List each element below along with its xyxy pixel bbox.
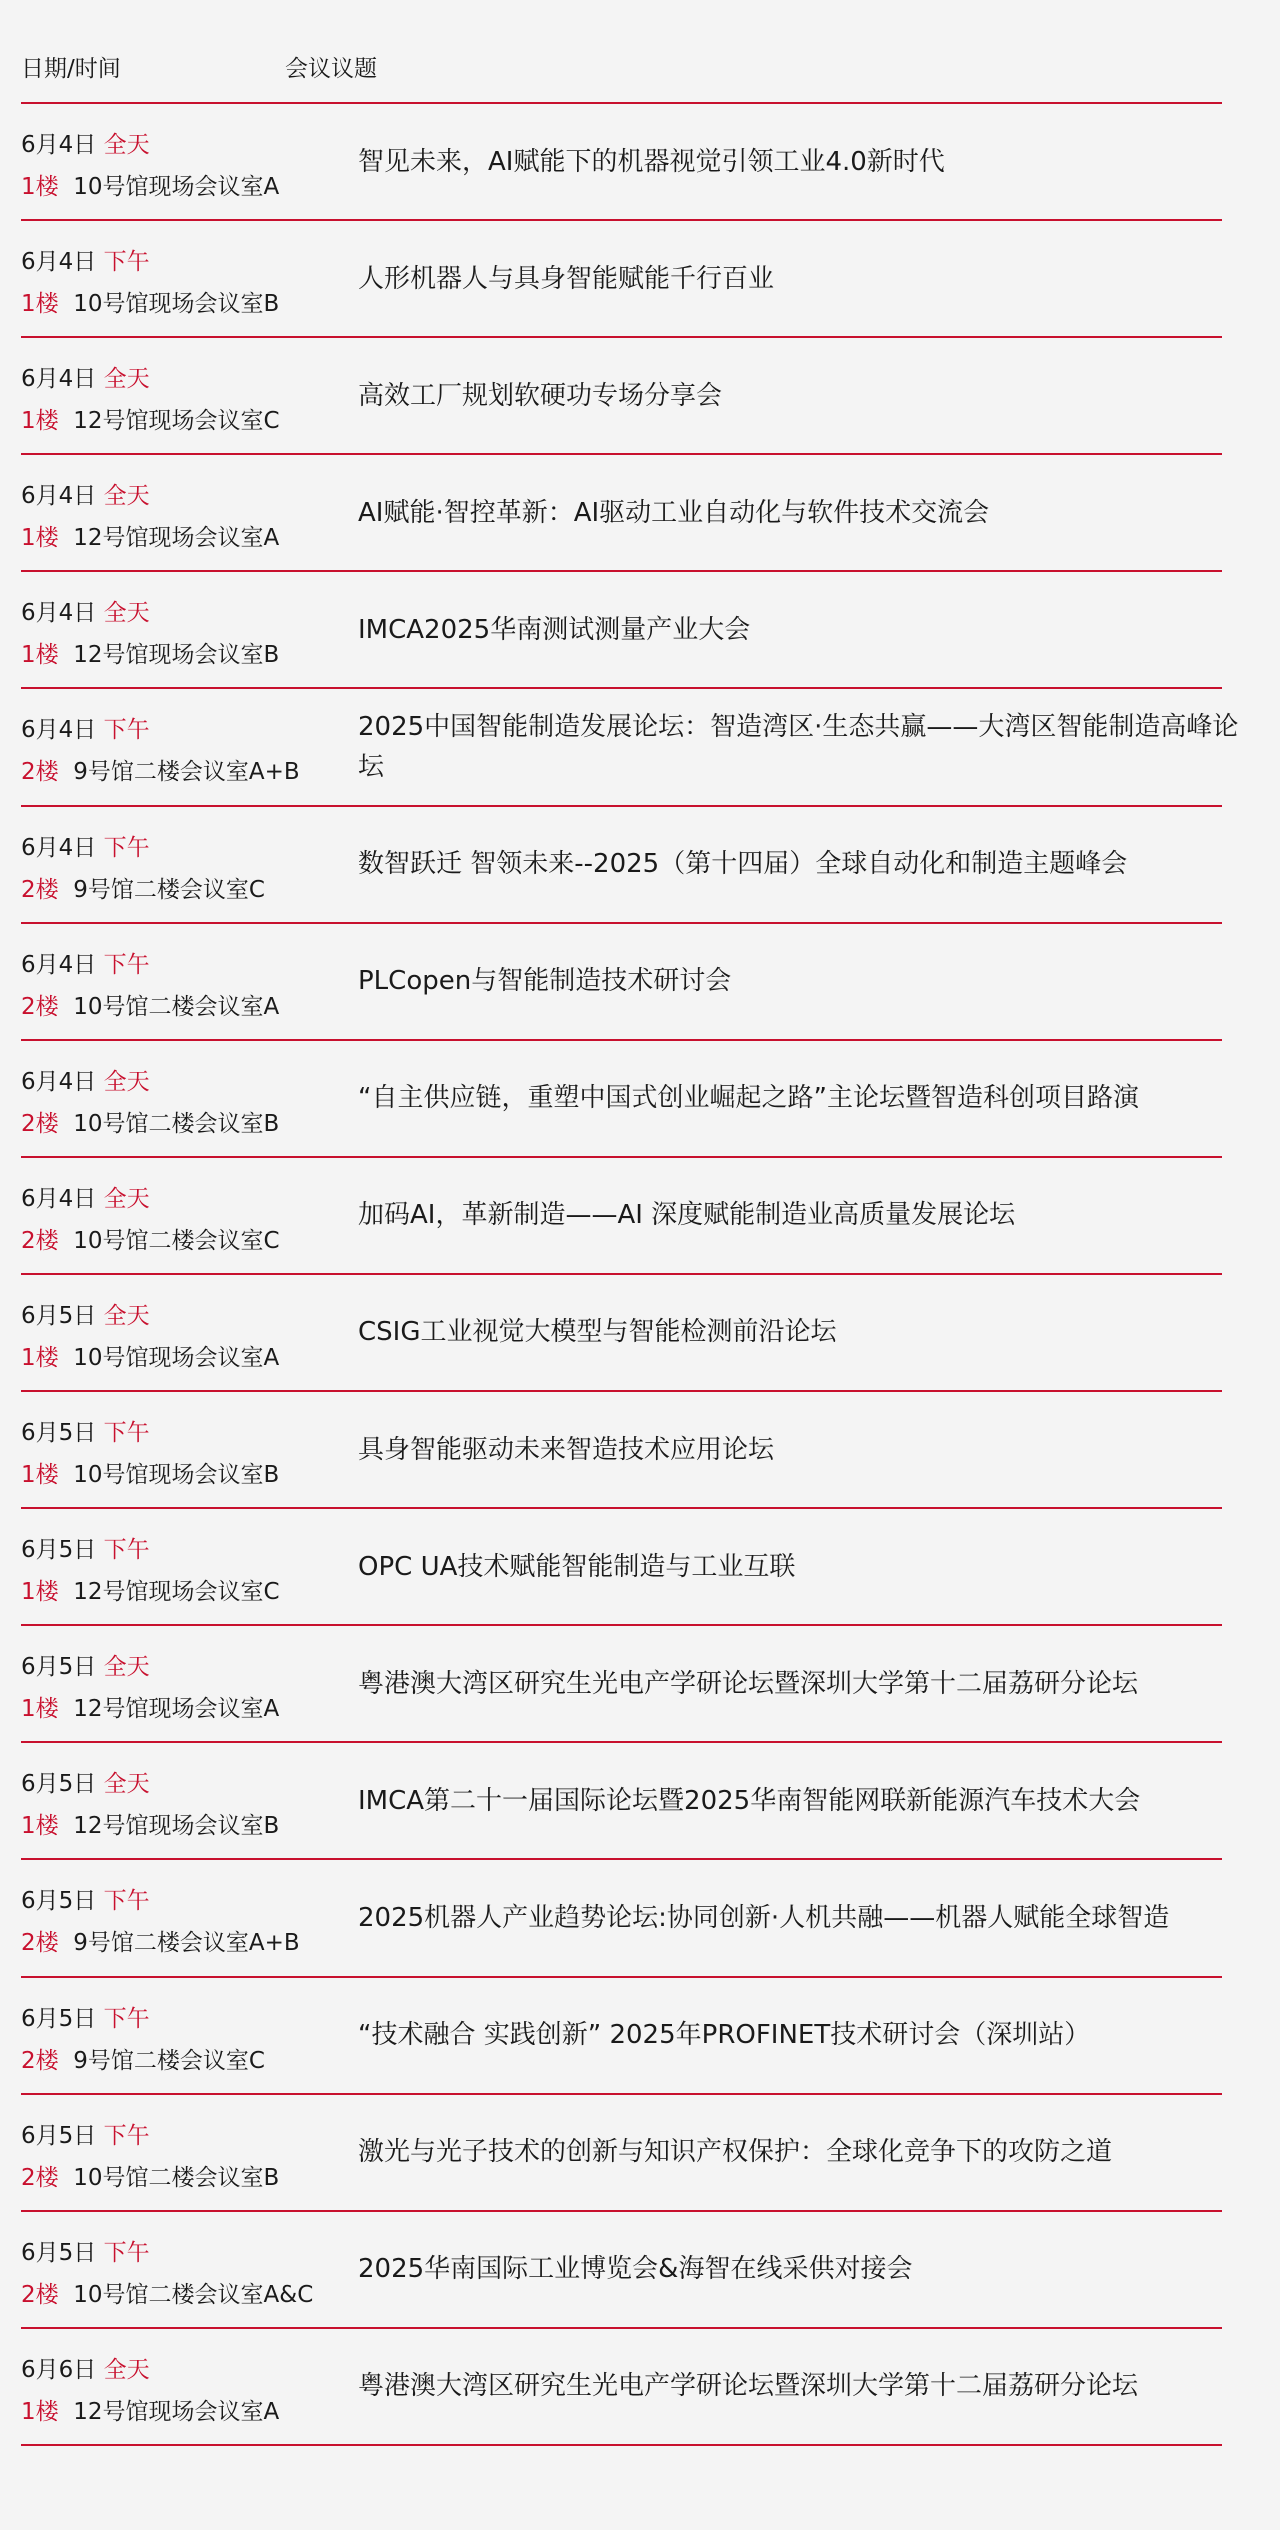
header-topic: 会议议题 <box>285 50 377 83</box>
topic-cell: 数智跃迁 智领未来--2025（第十四届）全球自动化和制造主题峰会 <box>358 807 1258 922</box>
floor: 1楼 <box>21 174 59 200</box>
floor: 2楼 <box>21 2165 59 2191</box>
topic-title: 人形机器人与具身智能赋能千行百业 <box>358 259 774 299</box>
period-badge: 全天 <box>104 483 150 509</box>
topic-cell: 2025中国智能制造发展论坛：智造湾区·生态共赢——大湾区智能制造高峰论坛 <box>358 689 1258 804</box>
room: 12号馆现场会议室C <box>73 408 279 434</box>
topic-cell: 加码AI，革新制造——AI 深度赋能制造业高质量发展论坛 <box>358 1158 1258 1273</box>
period-badge: 全天 <box>104 1771 150 1797</box>
topic-cell: 粤港澳大湾区研究生光电产学研论坛暨深圳大学第十二届荔研分论坛 <box>358 2329 1258 2444</box>
period-badge: 下午 <box>104 952 150 978</box>
table-row: 6月5日 下午 2楼 10号馆二楼会议室A&C 2025华南国际工业博览会&海智… <box>21 2212 1222 2329</box>
table-row: 6月6日 全天 1楼 12号馆现场会议室A 粤港澳大湾区研究生光电产学研论坛暨深… <box>21 2329 1222 2446</box>
floor: 2楼 <box>21 877 59 903</box>
room: 10号馆二楼会议室A&C <box>73 2282 313 2308</box>
date: 6月4日 <box>21 1186 96 1212</box>
period-badge: 下午 <box>104 2123 150 2149</box>
room: 12号馆现场会议室A <box>73 1696 279 1722</box>
floor: 1楼 <box>21 642 59 668</box>
date: 6月5日 <box>21 2006 96 2032</box>
topic-cell: 具身智能驱动未来智造技术应用论坛 <box>358 1392 1258 1507</box>
room: 10号馆现场会议室A <box>73 1345 279 1371</box>
floor: 2楼 <box>21 1111 59 1137</box>
topic-title: 激光与光子技术的创新与知识产权保护：全球化竞争下的攻防之道 <box>358 2132 1112 2172</box>
topic-cell: “技术融合 实践创新” 2025年PROFINET技术研讨会（深圳站） <box>358 1978 1258 2093</box>
date: 6月5日 <box>21 2240 96 2266</box>
date: 6月4日 <box>21 600 96 626</box>
date-location-cell: 6月5日 下午 2楼 9号馆二楼会议室C <box>21 1998 265 2082</box>
period-badge: 下午 <box>104 1888 150 1914</box>
floor: 1楼 <box>21 1696 59 1722</box>
floor: 1楼 <box>21 1579 59 1605</box>
table-row: 6月5日 下午 1楼 10号馆现场会议室B 具身智能驱动未来智造技术应用论坛 <box>21 1392 1222 1509</box>
topic-title: 2025机器人产业趋势论坛:协同创新·人机共融——机器人赋能全球智造 <box>358 1898 1169 1938</box>
floor: 2楼 <box>21 759 59 785</box>
room: 9号馆二楼会议室C <box>73 2048 265 2074</box>
period-badge: 下午 <box>104 2240 150 2266</box>
table-row: 6月4日 下午 1楼 10号馆现场会议室B 人形机器人与具身智能赋能千行百业 <box>21 221 1222 338</box>
floor: 2楼 <box>21 2048 59 2074</box>
table-row: 6月5日 下午 2楼 9号馆二楼会议室C “技术融合 实践创新” 2025年PR… <box>21 1978 1222 2095</box>
topic-title: “技术融合 实践创新” 2025年PROFINET技术研讨会（深圳站） <box>358 2015 1090 2055</box>
room: 9号馆二楼会议室A+B <box>73 1930 299 1956</box>
floor: 1楼 <box>21 2399 59 2425</box>
date-location-cell: 6月4日 下午 2楼 10号馆二楼会议室A <box>21 944 279 1028</box>
date: 6月5日 <box>21 2123 96 2149</box>
table-row: 6月4日 下午 2楼 10号馆二楼会议室A PLCopen与智能制造技术研讨会 <box>21 924 1222 1041</box>
period-badge: 全天 <box>104 1186 150 1212</box>
topic-cell: 2025机器人产业趋势论坛:协同创新·人机共融——机器人赋能全球智造 <box>358 1860 1258 1975</box>
floor: 2楼 <box>21 1228 59 1254</box>
date: 6月4日 <box>21 132 96 158</box>
floor: 1楼 <box>21 1462 59 1488</box>
room: 12号馆现场会议室B <box>73 1813 279 1839</box>
period-badge: 下午 <box>104 249 150 275</box>
room: 10号馆二楼会议室B <box>73 1111 279 1137</box>
floor: 1楼 <box>21 525 59 551</box>
table-row: 6月4日 全天 2楼 10号馆二楼会议室B “自主供应链，重塑中国式创业崛起之路… <box>21 1041 1222 1158</box>
date-location-cell: 6月4日 全天 1楼 10号馆现场会议室A <box>21 124 279 208</box>
topic-title: 2025中国智能制造发展论坛：智造湾区·生态共赢——大湾区智能制造高峰论坛 <box>358 707 1258 787</box>
period-badge: 全天 <box>104 600 150 626</box>
header-date-time: 日期/时间 <box>21 50 121 83</box>
table-body: 6月4日 全天 1楼 10号馆现场会议室A 智见未来，AI赋能下的机器视觉引领工… <box>21 104 1222 2446</box>
period-badge: 全天 <box>104 2357 150 2383</box>
room: 10号馆二楼会议室B <box>73 2165 279 2191</box>
date: 6月4日 <box>21 483 96 509</box>
floor: 2楼 <box>21 994 59 1020</box>
date-location-cell: 6月4日 下午 1楼 10号馆现场会议室B <box>21 241 279 325</box>
date: 6月5日 <box>21 1654 96 1680</box>
period-badge: 下午 <box>104 717 150 743</box>
topic-title: IMCA2025华南测试测量产业大会 <box>358 610 750 650</box>
date: 6月4日 <box>21 1069 96 1095</box>
room: 12号馆现场会议室B <box>73 642 279 668</box>
period-badge: 全天 <box>104 1069 150 1095</box>
date-location-cell: 6月6日 全天 1楼 12号馆现场会议室A <box>21 2349 279 2433</box>
date-location-cell: 6月4日 全天 1楼 12号馆现场会议室B <box>21 592 279 676</box>
table-row: 6月4日 全天 1楼 12号馆现场会议室C 高效工厂规划软硬功专场分享会 <box>21 338 1222 455</box>
date-location-cell: 6月5日 全天 1楼 10号馆现场会议室A <box>21 1295 279 1379</box>
topic-cell: AI赋能·智控革新：AI驱动工业自动化与软件技术交流会 <box>358 455 1258 570</box>
topic-cell: 智见未来，AI赋能下的机器视觉引领工业4.0新时代 <box>358 104 1258 219</box>
table-row: 6月4日 全天 1楼 10号馆现场会议室A 智见未来，AI赋能下的机器视觉引领工… <box>21 104 1222 221</box>
topic-title: 数智跃迁 智领未来--2025（第十四届）全球自动化和制造主题峰会 <box>358 844 1127 884</box>
table-row: 6月4日 下午 2楼 9号馆二楼会议室C 数智跃迁 智领未来--2025（第十四… <box>21 807 1222 924</box>
floor: 1楼 <box>21 291 59 317</box>
date-location-cell: 6月5日 下午 1楼 12号馆现场会议室C <box>21 1529 280 1613</box>
topic-cell: 激光与光子技术的创新与知识产权保护：全球化竞争下的攻防之道 <box>358 2095 1258 2210</box>
date-location-cell: 6月5日 下午 1楼 10号馆现场会议室B <box>21 1412 279 1496</box>
date: 6月4日 <box>21 952 96 978</box>
date-location-cell: 6月4日 下午 2楼 9号馆二楼会议室C <box>21 827 265 911</box>
topic-cell: 粤港澳大湾区研究生光电产学研论坛暨深圳大学第十二届荔研分论坛 <box>358 1626 1258 1741</box>
date: 6月6日 <box>21 2357 96 2383</box>
date: 6月4日 <box>21 835 96 861</box>
topic-cell: “自主供应链，重塑中国式创业崛起之路”主论坛暨智造科创项目路演 <box>358 1041 1258 1156</box>
topic-title: AI赋能·智控革新：AI驱动工业自动化与软件技术交流会 <box>358 493 989 533</box>
table-row: 6月4日 下午 2楼 9号馆二楼会议室A+B 2025中国智能制造发展论坛：智造… <box>21 689 1222 806</box>
date-location-cell: 6月5日 下午 2楼 10号馆二楼会议室A&C <box>21 2232 313 2316</box>
floor: 1楼 <box>21 1813 59 1839</box>
table-row: 6月5日 下午 1楼 12号馆现场会议室C OPC UA技术赋能智能制造与工业互… <box>21 1509 1222 1626</box>
period-badge: 下午 <box>104 1537 150 1563</box>
topic-title: 粤港澳大湾区研究生光电产学研论坛暨深圳大学第十二届荔研分论坛 <box>358 1664 1138 1704</box>
topic-title: IMCA第二十一届国际论坛暨2025华南智能网联新能源汽车技术大会 <box>358 1781 1140 1821</box>
date-location-cell: 6月5日 下午 2楼 9号馆二楼会议室A+B <box>21 1880 300 1964</box>
topic-title: 粤港澳大湾区研究生光电产学研论坛暨深圳大学第十二届荔研分论坛 <box>358 2366 1138 2406</box>
floor: 1楼 <box>21 408 59 434</box>
table-row: 6月5日 全天 1楼 12号馆现场会议室B IMCA第二十一届国际论坛暨2025… <box>21 1743 1222 1860</box>
table-row: 6月4日 全天 1楼 12号馆现场会议室B IMCA2025华南测试测量产业大会 <box>21 572 1222 689</box>
period-badge: 下午 <box>104 2006 150 2032</box>
room: 10号馆二楼会议室C <box>73 1228 279 1254</box>
topic-cell: IMCA第二十一届国际论坛暨2025华南智能网联新能源汽车技术大会 <box>358 1743 1258 1858</box>
room: 12号馆现场会议室A <box>73 525 279 551</box>
topic-title: 2025华南国际工业博览会&海智在线采供对接会 <box>358 2249 912 2289</box>
floor: 2楼 <box>21 2282 59 2308</box>
date-location-cell: 6月4日 全天 1楼 12号馆现场会议室C <box>21 358 280 442</box>
topic-title: OPC UA技术赋能智能制造与工业互联 <box>358 1547 795 1587</box>
room: 9号馆二楼会议室C <box>73 877 265 903</box>
date: 6月4日 <box>21 717 96 743</box>
date-location-cell: 6月4日 全天 1楼 12号馆现场会议室A <box>21 475 279 559</box>
period-badge: 下午 <box>104 835 150 861</box>
table-row: 6月4日 全天 2楼 10号馆二楼会议室C 加码AI，革新制造——AI 深度赋能… <box>21 1158 1222 1275</box>
table-header: 日期/时间 会议议题 <box>21 0 1222 104</box>
period-badge: 全天 <box>104 1303 150 1329</box>
topic-cell: 2025华南国际工业博览会&海智在线采供对接会 <box>358 2212 1258 2327</box>
topic-title: 加码AI，革新制造——AI 深度赋能制造业高质量发展论坛 <box>358 1195 1015 1235</box>
date: 6月5日 <box>21 1888 96 1914</box>
table-row: 6月4日 全天 1楼 12号馆现场会议室A AI赋能·智控革新：AI驱动工业自动… <box>21 455 1222 572</box>
topic-cell: 高效工厂规划软硬功专场分享会 <box>358 338 1258 453</box>
date: 6月5日 <box>21 1420 96 1446</box>
date: 6月5日 <box>21 1537 96 1563</box>
date-location-cell: 6月4日 全天 2楼 10号馆二楼会议室C <box>21 1178 280 1262</box>
room: 10号馆现场会议室B <box>73 291 279 317</box>
date: 6月5日 <box>21 1303 96 1329</box>
date: 6月4日 <box>21 249 96 275</box>
table-row: 6月5日 下午 2楼 10号馆二楼会议室B 激光与光子技术的创新与知识产权保护：… <box>21 2095 1222 2212</box>
topic-title: “自主供应链，重塑中国式创业崛起之路”主论坛暨智造科创项目路演 <box>358 1078 1139 1118</box>
date: 6月4日 <box>21 366 96 392</box>
topic-cell: CSIG工业视觉大模型与智能检测前沿论坛 <box>358 1275 1258 1390</box>
topic-cell: IMCA2025华南测试测量产业大会 <box>358 572 1258 687</box>
table-row: 6月5日 全天 1楼 12号馆现场会议室A 粤港澳大湾区研究生光电产学研论坛暨深… <box>21 1626 1222 1743</box>
topic-title: 智见未来，AI赋能下的机器视觉引领工业4.0新时代 <box>358 142 945 182</box>
date-location-cell: 6月5日 全天 1楼 12号馆现场会议室A <box>21 1646 279 1730</box>
room: 12号馆现场会议室A <box>73 2399 279 2425</box>
topic-title: PLCopen与智能制造技术研讨会 <box>358 961 731 1001</box>
date-location-cell: 6月4日 全天 2楼 10号馆二楼会议室B <box>21 1061 279 1145</box>
date-location-cell: 6月4日 下午 2楼 9号馆二楼会议室A+B <box>21 709 300 793</box>
date: 6月5日 <box>21 1771 96 1797</box>
room: 9号馆二楼会议室A+B <box>73 759 299 785</box>
topic-cell: OPC UA技术赋能智能制造与工业互联 <box>358 1509 1258 1624</box>
room: 12号馆现场会议室C <box>73 1579 279 1605</box>
topic-cell: 人形机器人与具身智能赋能千行百业 <box>358 221 1258 336</box>
date-location-cell: 6月5日 下午 2楼 10号馆二楼会议室B <box>21 2115 279 2199</box>
period-badge: 全天 <box>104 132 150 158</box>
period-badge: 下午 <box>104 1420 150 1446</box>
topic-title: 高效工厂规划软硬功专场分享会 <box>358 376 722 416</box>
table-row: 6月5日 下午 2楼 9号馆二楼会议室A+B 2025机器人产业趋势论坛:协同创… <box>21 1860 1222 1977</box>
date-location-cell: 6月5日 全天 1楼 12号馆现场会议室B <box>21 1763 279 1847</box>
room: 10号馆二楼会议室A <box>73 994 279 1020</box>
table-row: 6月5日 全天 1楼 10号馆现场会议室A CSIG工业视觉大模型与智能检测前沿… <box>21 1275 1222 1392</box>
period-badge: 全天 <box>104 1654 150 1680</box>
schedule-table: 日期/时间 会议议题 6月4日 全天 1楼 10号馆现场会议室A 智见未来，AI… <box>21 0 1222 2446</box>
topic-cell: PLCopen与智能制造技术研讨会 <box>358 924 1258 1039</box>
topic-title: 具身智能驱动未来智造技术应用论坛 <box>358 1430 774 1470</box>
room: 10号馆现场会议室B <box>73 1462 279 1488</box>
period-badge: 全天 <box>104 366 150 392</box>
floor: 2楼 <box>21 1930 59 1956</box>
floor: 1楼 <box>21 1345 59 1371</box>
room: 10号馆现场会议室A <box>73 174 279 200</box>
topic-title: CSIG工业视觉大模型与智能检测前沿论坛 <box>358 1312 836 1352</box>
